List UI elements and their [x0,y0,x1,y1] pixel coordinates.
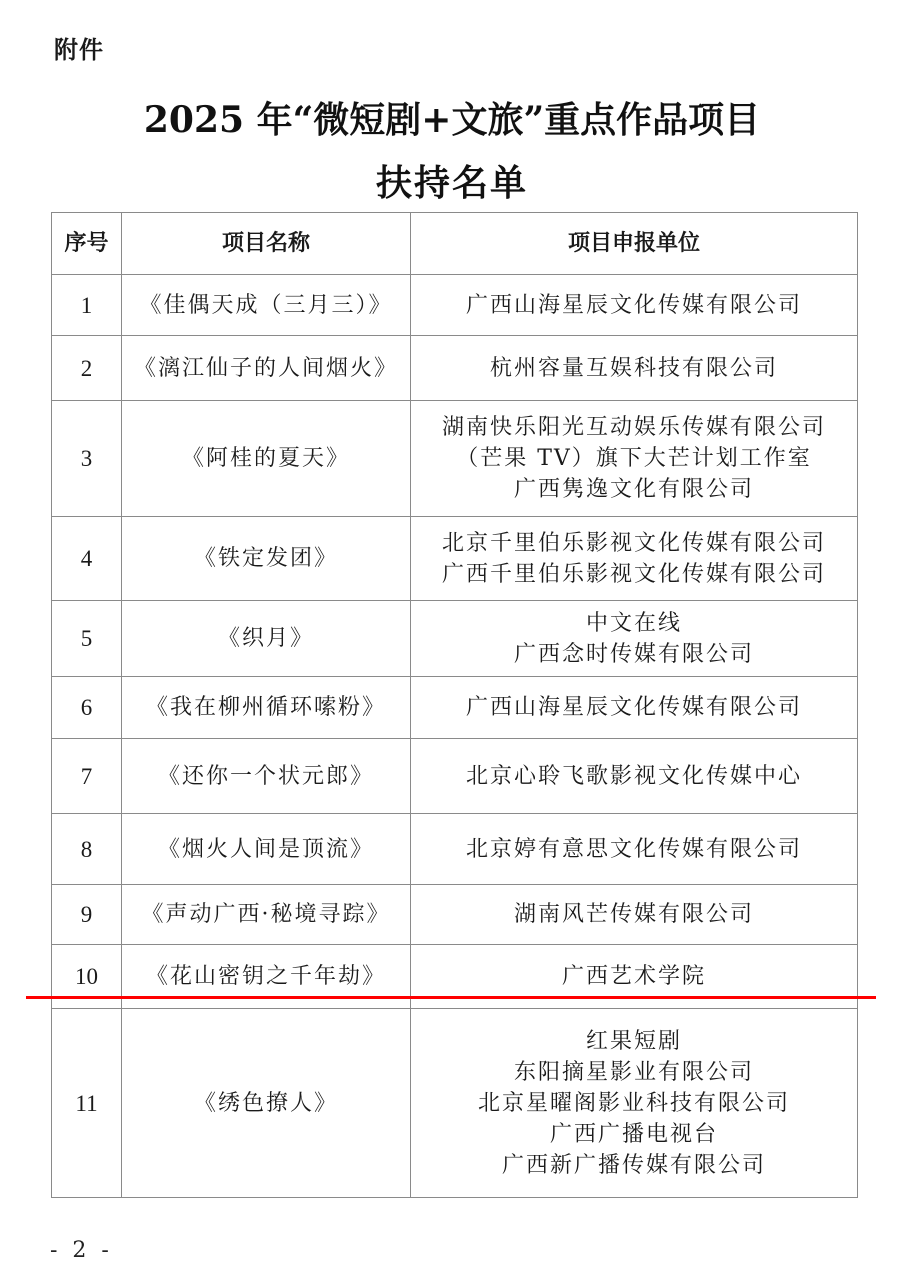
row-applicant: 北京婷有意思文化传媒有限公司 [411,814,858,885]
row-applicant: 湖南风芒传媒有限公司 [411,885,858,945]
applicant-line: 北京心聆飞歌影视文化传媒中心 [411,761,857,792]
row-applicant: 杭州容量互娱科技有限公司 [411,336,858,401]
header-applicant: 项目申报单位 [411,213,858,275]
row-serial: 5 [52,601,122,677]
row-project-name: 《声动广西·秘境寻踪》 [122,885,411,945]
row-project-name: 《我在柳州循环嗦粉》 [122,677,411,739]
applicant-line: 广西山海星辰文化传媒有限公司 [411,290,857,321]
applicant-line: 北京千里伯乐影视文化传媒有限公司 [411,528,857,559]
applicant-line: 湖南风芒传媒有限公司 [411,899,857,930]
row-project-name: 《绣色撩人》 [122,1009,411,1198]
applicant-line: 广西隽逸文化有限公司 [411,474,857,505]
attachment-label: 附件 [54,30,104,65]
row-serial: 2 [52,336,122,401]
row-project-name: 《还你一个状元郎》 [122,739,411,814]
row-serial: 4 [52,517,122,601]
row-project-name: 《佳偶天成（三月三）》 [122,275,411,336]
table-row: 3 《阿桂的夏天》 湖南快乐阳光互动娱乐传媒有限公司 （芒果 TV）旗下大芒计划… [52,401,858,517]
table-row: 1 《佳偶天成（三月三）》 广西山海星辰文化传媒有限公司 [52,275,858,336]
row-project-name: 《烟火人间是顶流》 [122,814,411,885]
row-applicant: 广西山海星辰文化传媒有限公司 [411,677,858,739]
row-serial: 3 [52,401,122,517]
applicant-line: 北京星曜阁影业科技有限公司 [411,1088,857,1119]
row-project-name: 《阿桂的夏天》 [122,401,411,517]
table-header-row: 序号 项目名称 项目申报单位 [52,213,858,275]
page-title: 2025 年“微短剧+文旅”重点作品项目 [0,92,904,143]
applicant-line: （芒果 TV）旗下大芒计划工作室 [411,443,857,474]
row-applicant: 红果短剧 东阳摘星影业有限公司 北京星曜阁影业科技有限公司 广西广播电视台 广西… [411,1009,858,1198]
applicant-line: 北京婷有意思文化传媒有限公司 [411,834,857,865]
applicant-line: 中文在线 [411,608,857,639]
row-applicant: 湖南快乐阳光互动娱乐传媒有限公司 （芒果 TV）旗下大芒计划工作室 广西隽逸文化… [411,401,858,517]
applicant-line: 广西山海星辰文化传媒有限公司 [411,692,857,723]
table-row: 11 《绣色撩人》 红果短剧 东阳摘星影业有限公司 北京星曜阁影业科技有限公司 … [52,1009,858,1198]
row-project-name: 《铁定发团》 [122,517,411,601]
row-project-name: 《漓江仙子的人间烟火》 [122,336,411,401]
table-row: 7 《还你一个状元郎》 北京心聆飞歌影视文化传媒中心 [52,739,858,814]
row-applicant: 北京心聆飞歌影视文化传媒中心 [411,739,858,814]
applicant-line: 广西广播电视台 [411,1119,857,1150]
row-applicant: 广西山海星辰文化传媒有限公司 [411,275,858,336]
applicant-line: 广西千里伯乐影视文化传媒有限公司 [411,559,857,590]
header-project-name: 项目名称 [122,213,411,275]
row-serial: 1 [52,275,122,336]
applicant-line: 红果短剧 [411,1026,857,1057]
applicant-line: 东阳摘星影业有限公司 [411,1057,857,1088]
support-list-table: 序号 项目名称 项目申报单位 1 《佳偶天成（三月三）》 广西山海星辰文化传媒有… [51,212,858,1198]
row-project-name: 《织月》 [122,601,411,677]
row-applicant: 北京千里伯乐影视文化传媒有限公司 广西千里伯乐影视文化传媒有限公司 [411,517,858,601]
table-row: 4 《铁定发团》 北京千里伯乐影视文化传媒有限公司 广西千里伯乐影视文化传媒有限… [52,517,858,601]
applicant-line: 广西新广播传媒有限公司 [411,1150,857,1181]
table-row: 5 《织月》 中文在线 广西念时传媒有限公司 [52,601,858,677]
page-number: - 2 - [50,1238,113,1263]
applicant-line: 杭州容量互娱科技有限公司 [411,353,857,384]
table-row: 9 《声动广西·秘境寻踪》 湖南风芒传媒有限公司 [52,885,858,945]
table-row: 8 《烟火人间是顶流》 北京婷有意思文化传媒有限公司 [52,814,858,885]
page-subtitle: 扶持名单 [0,155,904,206]
row-serial: 7 [52,739,122,814]
table-row: 6 《我在柳州循环嗦粉》 广西山海星辰文化传媒有限公司 [52,677,858,739]
header-serial: 序号 [52,213,122,275]
applicant-line: 广西艺术学院 [411,961,857,992]
row-applicant: 中文在线 广西念时传媒有限公司 [411,601,858,677]
row-serial: 8 [52,814,122,885]
row-serial: 11 [52,1009,122,1198]
table-row: 2 《漓江仙子的人间烟火》 杭州容量互娱科技有限公司 [52,336,858,401]
applicant-line: 广西念时传媒有限公司 [411,639,857,670]
applicant-line: 湖南快乐阳光互动娱乐传媒有限公司 [411,412,857,443]
red-divider-line [26,996,876,999]
row-serial: 6 [52,677,122,739]
row-serial: 9 [52,885,122,945]
